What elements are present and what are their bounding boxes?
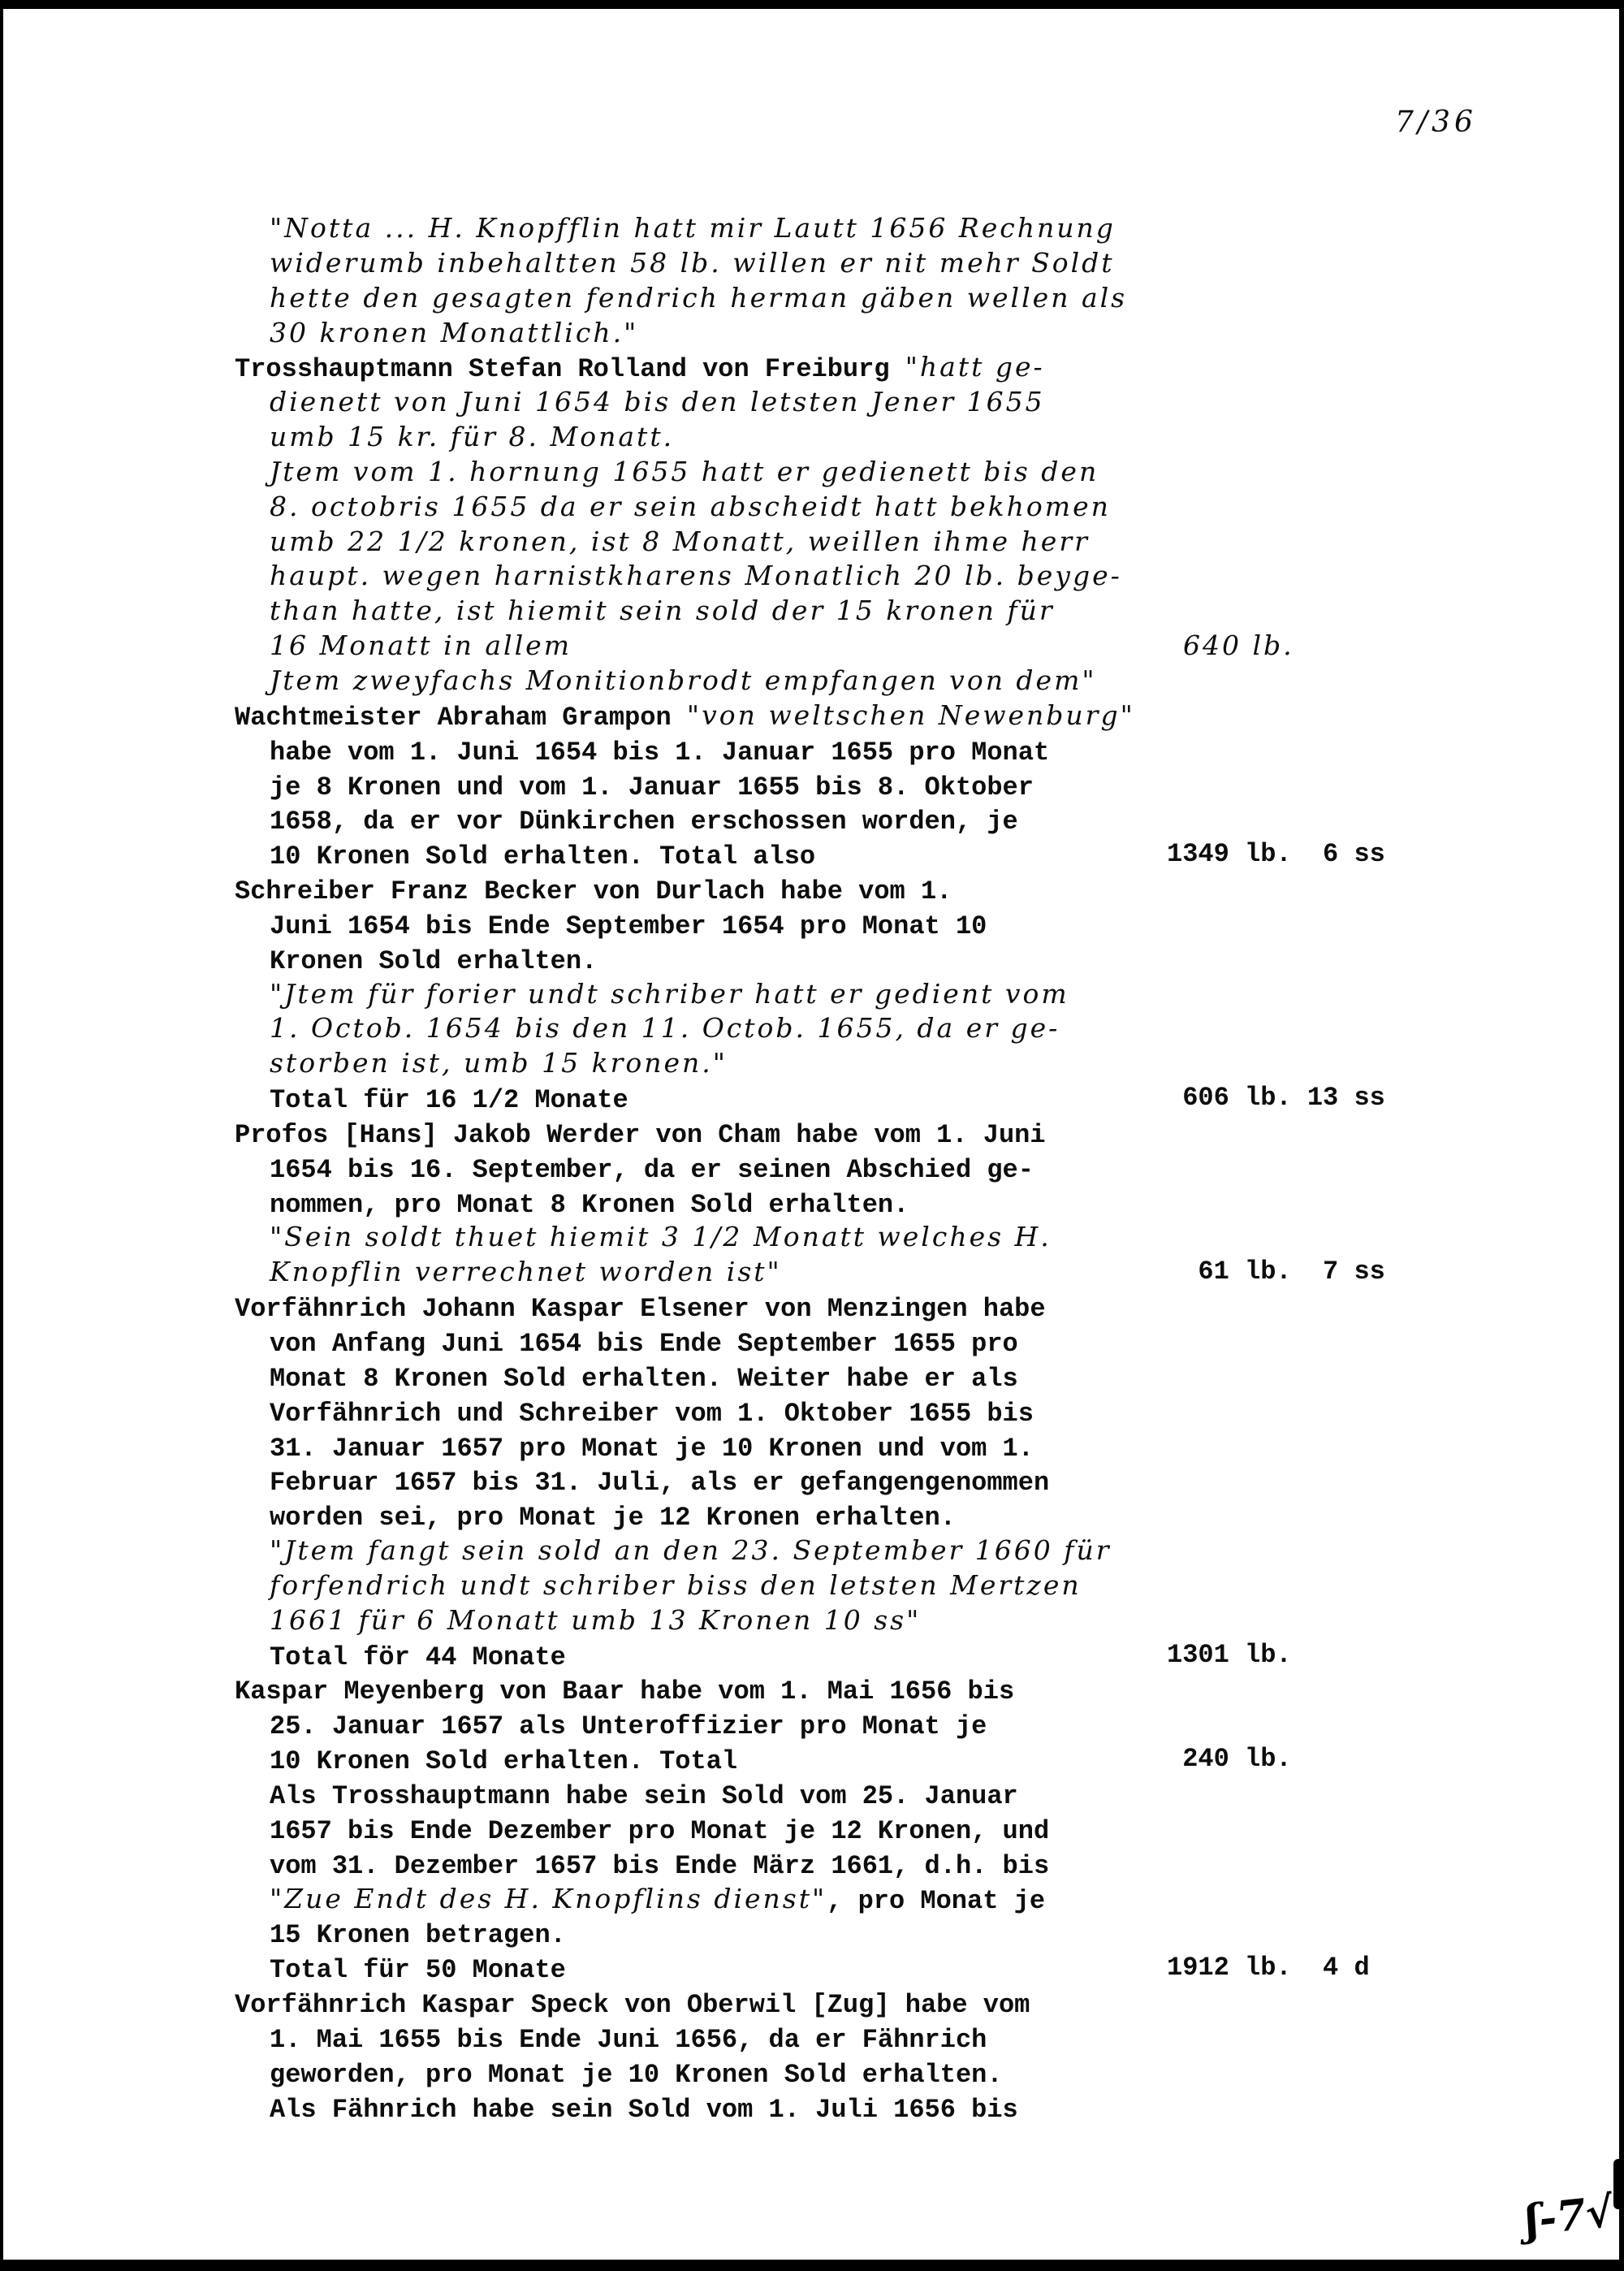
text-segment: widerumb inbehaltten 58 lb. willen er ni… <box>270 247 1115 279</box>
text-segment: "Jtem für forier undt schriber hatt er g… <box>270 978 1069 1010</box>
text-line: Kaspar Meyenberg von Baar habe vom 1. Ma… <box>235 1672 1501 1707</box>
page-border-bottom <box>0 2260 1624 2271</box>
text-segment: Total für 50 Monate <box>270 1955 566 1985</box>
text-line: 10 Kronen Sold erhalten. Total also1349 … <box>235 837 1501 872</box>
text-segment: 10 Kronen Sold erhalten. Total <box>270 1746 737 1776</box>
text-segment: Februar 1657 bis 31. Juli, als er gefang… <box>270 1468 1049 1498</box>
page-border-top <box>0 0 1624 9</box>
text-line: Total för 44 Monate1301 lb. <box>235 1638 1501 1673</box>
text-segment: 31. Januar 1657 pro Monat je 10 Kronen u… <box>270 1434 1034 1464</box>
text-line: nommen, pro Monat 8 Kronen Sold erhalten… <box>235 1186 1501 1221</box>
text-segment: 1654 bis 16. September, da er seinen Abs… <box>270 1155 1034 1185</box>
handwritten-mark: ʃ-7√ <box>1522 2187 1616 2245</box>
text-segment: 30 kronen Monattlich." <box>270 317 638 348</box>
text-segment: 1661 für 6 Monatt umb 13 Kronen 10 ss" <box>270 1604 921 1636</box>
page-number: 7/36 <box>1395 106 1477 139</box>
text-line: 1658, da er vor Dünkirchen erschossen wo… <box>235 802 1501 837</box>
text-segment: Wachtmeister Abraham Grampon <box>235 703 687 733</box>
text-line: storben ist, umb 15 kronen." <box>235 1046 1501 1081</box>
scan-edge-artifact <box>1613 2159 1624 2209</box>
text-segment: 1658, da er vor Dünkirchen erschossen wo… <box>270 807 1018 837</box>
text-line: 8. octobris 1655 da er sein abscheidt ha… <box>235 490 1501 525</box>
text-segment: "von weltschen Newenburg" <box>687 699 1135 731</box>
text-line: vom 31. Dezember 1657 bis Ende März 1661… <box>235 1847 1501 1882</box>
amount-value: 1912 lb. 4 d <box>1167 1951 1370 1986</box>
text-segment: geworden, pro Monat je 10 Kronen Sold er… <box>270 2060 1003 2090</box>
text-line: 1. Mai 1655 bis Ende Juni 1656, da er Fä… <box>235 2021 1501 2056</box>
text-segment: "Zue Endt des H. Knopflins dienst" <box>270 1883 827 1914</box>
text-line: Total für 16 1/2 Monate 606 lb. 13 ss <box>235 1081 1501 1116</box>
text-segment: 16 Monatt in allem <box>270 629 572 661</box>
amount-value: 606 lb. 13 ss <box>1167 1081 1385 1116</box>
text-line: "Sein soldt thuet hiemit 3 1/2 Monatt we… <box>235 1220 1501 1255</box>
text-line: Knopflin verrechnet worden ist" 61 lb. 7… <box>235 1255 1501 1290</box>
text-segment: vom 31. Dezember 1657 bis Ende März 1661… <box>270 1851 1049 1881</box>
text-segment: Jtem zweyfachs Monitionbrodt empfangen v… <box>270 664 1097 696</box>
text-segment: worden sei, pro Monat je 12 Kronen erhal… <box>270 1503 956 1533</box>
text-line: Als Trosshauptmann habe sein Sold vom 25… <box>235 1777 1501 1812</box>
text-segment: , pro Monat je <box>827 1886 1045 1916</box>
text-line: 1657 bis Ende Dezember pro Monat je 12 K… <box>235 1812 1501 1847</box>
text-line: umb 15 kr. für 8. Monatt. <box>235 420 1501 455</box>
text-line: 25. Januar 1657 als Unteroffizier pro Mo… <box>235 1707 1501 1742</box>
text-line: geworden, pro Monat je 10 Kronen Sold er… <box>235 2056 1501 2091</box>
text-line: habe vom 1. Juni 1654 bis 1. Januar 1655… <box>235 733 1501 768</box>
text-line: 16 Monatt in allem640 lb. <box>235 629 1501 664</box>
text-segment: Kaspar Meyenberg von Baar habe vom 1. Ma… <box>235 1676 1014 1706</box>
amount-value: 1301 lb. <box>1167 1638 1292 1673</box>
text-line: 1. Octob. 1654 bis den 11. Octob. 1655, … <box>235 1011 1501 1046</box>
text-segment: habe vom 1. Juni 1654 bis 1. Januar 1655… <box>270 738 1049 768</box>
text-segment: Als Trosshauptmann habe sein Sold vom 25… <box>270 1781 1018 1811</box>
text-segment: "Sein soldt thuet hiemit 3 1/2 Monatt we… <box>270 1221 1052 1252</box>
amount-value: 640 lb. <box>1183 629 1294 664</box>
text-segment: forfendrich undt schriber biss den letst… <box>270 1569 1082 1601</box>
text-line: 15 Kronen betragen. <box>235 1916 1501 1951</box>
text-line: 1661 für 6 Monatt umb 13 Kronen 10 ss" <box>235 1603 1501 1638</box>
text-line: Februar 1657 bis 31. Juli, als er gefang… <box>235 1464 1501 1499</box>
text-segment: 10 Kronen Sold erhalten. Total also <box>270 841 815 872</box>
amount-value: 240 lb. <box>1167 1742 1292 1777</box>
text-line: widerumb inbehaltten 58 lb. willen er ni… <box>235 246 1501 281</box>
text-line: 10 Kronen Sold erhalten. Total 240 lb. <box>235 1742 1501 1777</box>
text-line: "Zue Endt des H. Knopflins dienst", pro … <box>235 1882 1501 1917</box>
text-segment: dienett von Juni 1654 bis den letsten Je… <box>270 386 1045 417</box>
text-segment: Knopflin verrechnet worden ist" <box>270 1256 782 1287</box>
text-segment: hette den gesagten fendrich herman gäben… <box>270 282 1127 314</box>
text-segment: umb 15 kr. für 8. Monatt. <box>270 421 674 452</box>
text-segment: je 8 Kronen und vom 1. Januar 1655 bis 8… <box>270 772 1034 802</box>
text-line: than hatte, ist hiemit sein sold der 15 … <box>235 594 1501 629</box>
text-segment: Vorfähnrich und Schreiber vom 1. Oktober… <box>270 1399 1034 1429</box>
text-line: Vorfähnrich und Schreiber vom 1. Oktober… <box>235 1395 1501 1430</box>
text-line: "Notta ... H. Knopfflin hatt mir Lautt 1… <box>235 211 1501 246</box>
text-segment: storben ist, umb 15 kronen." <box>270 1047 728 1079</box>
text-line: Trosshauptmann Stefan Rolland von Freibu… <box>235 350 1501 385</box>
text-line: von Anfang Juni 1654 bis Ende September … <box>235 1325 1501 1360</box>
text-segment: 1657 bis Ende Dezember pro Monat je 12 K… <box>270 1816 1049 1846</box>
text-segment: Schreiber Franz Becker von Durlach habe … <box>235 876 952 906</box>
text-segment: von Anfang Juni 1654 bis Ende September … <box>270 1329 1018 1359</box>
text-segment: Juni 1654 bis Ende September 1654 pro Mo… <box>270 911 987 941</box>
scanned-page: 7/36 "Notta ... H. Knopfflin hatt mir La… <box>0 0 1624 2271</box>
page-border-left <box>0 0 3 2271</box>
text-segment: nommen, pro Monat 8 Kronen Sold erhalten… <box>270 1190 909 1220</box>
text-line: Jtem zweyfachs Monitionbrodt empfangen v… <box>235 664 1501 699</box>
text-line: 30 kronen Monattlich." <box>235 316 1501 351</box>
text-line: Vorfähnrich Kaspar Speck von Oberwil [Zu… <box>235 1986 1501 2021</box>
text-line: dienett von Juni 1654 bis den letsten Je… <box>235 385 1501 420</box>
text-line: haupt. wegen harnistkharens Monatlich 20… <box>235 559 1501 594</box>
text-line: umb 22 1/2 kronen, ist 8 Monatt, weillen… <box>235 525 1501 560</box>
text-line: Profos [Hans] Jakob Werder von Cham habe… <box>235 1116 1501 1151</box>
text-segment: "Jtem fangt sein sold an den 23. Septemb… <box>270 1534 1112 1566</box>
text-segment: than hatte, ist hiemit sein sold der 15 … <box>270 595 1055 626</box>
text-segment: Total für 16 1/2 Monate <box>270 1085 628 1115</box>
page-border-right <box>1619 0 1624 2271</box>
text-line: forfendrich undt schriber biss den letst… <box>235 1568 1501 1603</box>
text-segment: Profos [Hans] Jakob Werder von Cham habe… <box>235 1120 1046 1150</box>
text-line: je 8 Kronen und vom 1. Januar 1655 bis 8… <box>235 768 1501 803</box>
text-line: Wachtmeister Abraham Grampon "von weltsc… <box>235 699 1501 733</box>
text-segment: Monat 8 Kronen Sold erhalten. Weiter hab… <box>270 1364 1018 1394</box>
text-line: "Jtem fangt sein sold an den 23. Septemb… <box>235 1533 1501 1568</box>
text-line: Jtem vom 1. hornung 1655 hatt er gediene… <box>235 455 1501 490</box>
text-segment: Vorfähnrich Kaspar Speck von Oberwil [Zu… <box>235 1990 1030 2020</box>
text-line: worden sei, pro Monat je 12 Kronen erhal… <box>235 1499 1501 1533</box>
text-segment: umb 22 1/2 kronen, ist 8 Monatt, weillen… <box>270 526 1090 557</box>
text-line: Vorfähnrich Johann Kaspar Elsener von Me… <box>235 1290 1501 1325</box>
text-line: Kronen Sold erhalten. <box>235 942 1501 977</box>
text-line: Monat 8 Kronen Sold erhalten. Weiter hab… <box>235 1360 1501 1395</box>
text-segment: Trosshauptmann Stefan Rolland von Freibu… <box>235 354 905 384</box>
text-line: Total für 50 Monate1912 lb. 4 d <box>235 1951 1501 1986</box>
text-line: hette den gesagten fendrich herman gäben… <box>235 281 1501 316</box>
text-line: "Jtem für forier undt schriber hatt er g… <box>235 977 1501 1012</box>
text-line: Juni 1654 bis Ende September 1654 pro Mo… <box>235 907 1501 942</box>
text-segment: 1. Octob. 1654 bis den 11. Octob. 1655, … <box>270 1012 1060 1044</box>
text-segment: Total för 44 Monate <box>270 1642 566 1672</box>
text-segment: 1. Mai 1655 bis Ende Juni 1656, da er Fä… <box>270 2025 987 2055</box>
text-block: "Notta ... H. Knopfflin hatt mir Lautt 1… <box>235 211 1501 2125</box>
text-segment: Kronen Sold erhalten. <box>270 946 597 976</box>
text-segment: Vorfähnrich Johann Kaspar Elsener von Me… <box>235 1294 1046 1324</box>
amount-value: 61 lb. 7 ss <box>1167 1255 1385 1290</box>
text-segment: 25. Januar 1657 als Unteroffizier pro Mo… <box>270 1711 987 1741</box>
text-line: 1654 bis 16. September, da er seinen Abs… <box>235 1151 1501 1186</box>
text-segment: 8. octobris 1655 da er sein abscheidt ha… <box>270 491 1111 522</box>
text-segment: Als Fähnrich habe sein Sold vom 1. Juli … <box>270 2095 1018 2125</box>
amount-value: 1349 lb. 6 ss <box>1167 837 1385 872</box>
text-segment: 15 Kronen betragen. <box>270 1920 566 1950</box>
text-segment: haupt. wegen harnistkharens Monatlich 20… <box>270 560 1122 591</box>
text-segment: "hatt ge- <box>905 351 1045 383</box>
text-segment: "Notta ... H. Knopfflin hatt mir Lautt 1… <box>270 212 1116 244</box>
text-segment: Jtem vom 1. hornung 1655 hatt er gediene… <box>270 456 1099 487</box>
text-line: Schreiber Franz Becker von Durlach habe … <box>235 872 1501 907</box>
text-line: Als Fähnrich habe sein Sold vom 1. Juli … <box>235 2091 1501 2126</box>
text-line: 31. Januar 1657 pro Monat je 10 Kronen u… <box>235 1430 1501 1464</box>
